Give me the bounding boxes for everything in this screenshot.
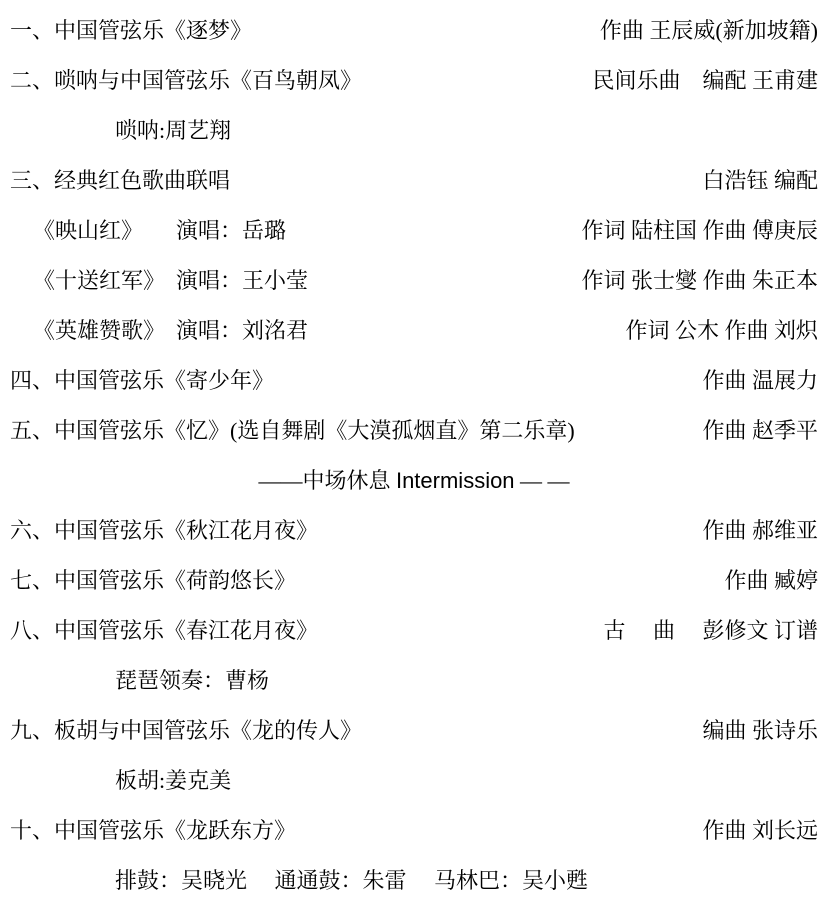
piece-credit: 编曲 张诗乐 <box>702 716 818 746</box>
piece-credit: 作曲 温展力 <box>702 366 818 396</box>
performer-text: 琵琶领奏：曹杨 <box>115 666 269 696</box>
song-credit: 作词 张士燮 作曲 朱正本 <box>581 266 818 296</box>
intermission-line: ——中场休息 Intermission — — <box>10 466 818 496</box>
song-credit: 作词 陆柱国 作曲 傅庚辰 <box>581 216 818 246</box>
program-row-9: 九、板胡与中国管弦乐《龙的传人》 编曲 张诗乐 <box>10 716 818 746</box>
medley-song-2: 《十送红军》 演唱：王小莹 作词 张士燮 作曲 朱正本 <box>10 266 818 296</box>
piece-title: 二、唢呐与中国管弦乐《百鸟朝凤》 <box>10 66 362 96</box>
piece-title: 一、中国管弦乐《逐梦》 <box>10 16 252 46</box>
program-row-1: 一、中国管弦乐《逐梦》 作曲 王辰威(新加坡籍) <box>10 16 818 46</box>
performer-text: 板胡:姜克美 <box>115 766 231 796</box>
piece-title: 六、中国管弦乐《秋江花月夜》 <box>10 516 318 546</box>
program-row-4: 四、中国管弦乐《寄少年》 作曲 温展力 <box>10 366 818 396</box>
piece-title: 三、经典红色歌曲联唱 <box>10 166 230 196</box>
piece-title: 五、中国管弦乐《忆》(选自舞剧《大漠孤烟直》第二乐章) <box>10 416 575 446</box>
song-credit: 作词 公木 作曲 刘炽 <box>625 316 818 346</box>
piece-title: 九、板胡与中国管弦乐《龙的传人》 <box>10 716 362 746</box>
piece-credit: 作曲 王辰威(新加坡籍) <box>600 16 818 46</box>
piece-credit: 作曲 赵季平 <box>702 416 818 446</box>
piece-credit: 古 曲 彭修文 订谱 <box>603 616 818 646</box>
song-title-and-singer: 《英雄赞歌》 演唱：刘洺君 <box>33 316 308 346</box>
song-title-and-singer: 《映山红》 演唱：岳璐 <box>33 216 286 246</box>
program-row-7: 七、中国管弦乐《荷韵悠长》 作曲 臧婷 <box>10 566 818 596</box>
song-title-and-singer: 《十送红军》 演唱：王小莹 <box>33 266 308 296</box>
performer-text: 排鼓：吴晓光 通通鼓：朱雷 马林巴：吴小甦 <box>115 866 588 896</box>
intermission-english: Intermission <box>396 468 515 493</box>
program-row-10: 十、中国管弦乐《龙跃东方》 作曲 刘长远 <box>10 816 818 846</box>
piece-credit: 民间乐曲 编配 王甫建 <box>592 66 818 96</box>
piece-credit: 作曲 臧婷 <box>724 566 818 596</box>
intermission-prefix: ——中场休息 <box>258 468 396 493</box>
performer-note-banhu: 板胡:姜克美 <box>10 766 818 796</box>
medley-song-1: 《映山红》 演唱：岳璐 作词 陆柱国 作曲 傅庚辰 <box>10 216 818 246</box>
program-row-2: 二、唢呐与中国管弦乐《百鸟朝凤》 民间乐曲 编配 王甫建 <box>10 66 818 96</box>
program-row-3: 三、经典红色歌曲联唱 白浩钰 编配 <box>10 166 818 196</box>
program-row-5: 五、中国管弦乐《忆》(选自舞剧《大漠孤烟直》第二乐章) 作曲 赵季平 <box>10 416 818 446</box>
piece-credit: 白浩钰 编配 <box>702 166 818 196</box>
intermission-text: ——中场休息 Intermission — — <box>258 466 569 496</box>
program-row-8: 八、中国管弦乐《春江花月夜》 古 曲 彭修文 订谱 <box>10 616 818 646</box>
piece-title: 四、中国管弦乐《寄少年》 <box>10 366 274 396</box>
performer-note-suona: 唢呐:周艺翔 <box>10 116 818 146</box>
medley-song-3: 《英雄赞歌》 演唱：刘洺君 作词 公木 作曲 刘炽 <box>10 316 818 346</box>
piece-title: 十、中国管弦乐《龙跃东方》 <box>10 816 296 846</box>
piece-credit: 作曲 刘长远 <box>702 816 818 846</box>
piece-title: 七、中国管弦乐《荷韵悠长》 <box>10 566 296 596</box>
piece-title: 八、中国管弦乐《春江花月夜》 <box>10 616 318 646</box>
program-row-6: 六、中国管弦乐《秋江花月夜》 作曲 郝维亚 <box>10 516 818 546</box>
intermission-suffix: — — <box>515 468 570 493</box>
performer-text: 唢呐:周艺翔 <box>115 116 231 146</box>
piece-credit: 作曲 郝维亚 <box>702 516 818 546</box>
performer-note-percussion: 排鼓：吴晓光 通通鼓：朱雷 马林巴：吴小甦 <box>10 866 818 896</box>
concert-program-page: 一、中国管弦乐《逐梦》 作曲 王辰威(新加坡籍) 二、唢呐与中国管弦乐《百鸟朝凤… <box>0 0 828 924</box>
performer-note-pipa: 琵琶领奏：曹杨 <box>10 666 818 696</box>
